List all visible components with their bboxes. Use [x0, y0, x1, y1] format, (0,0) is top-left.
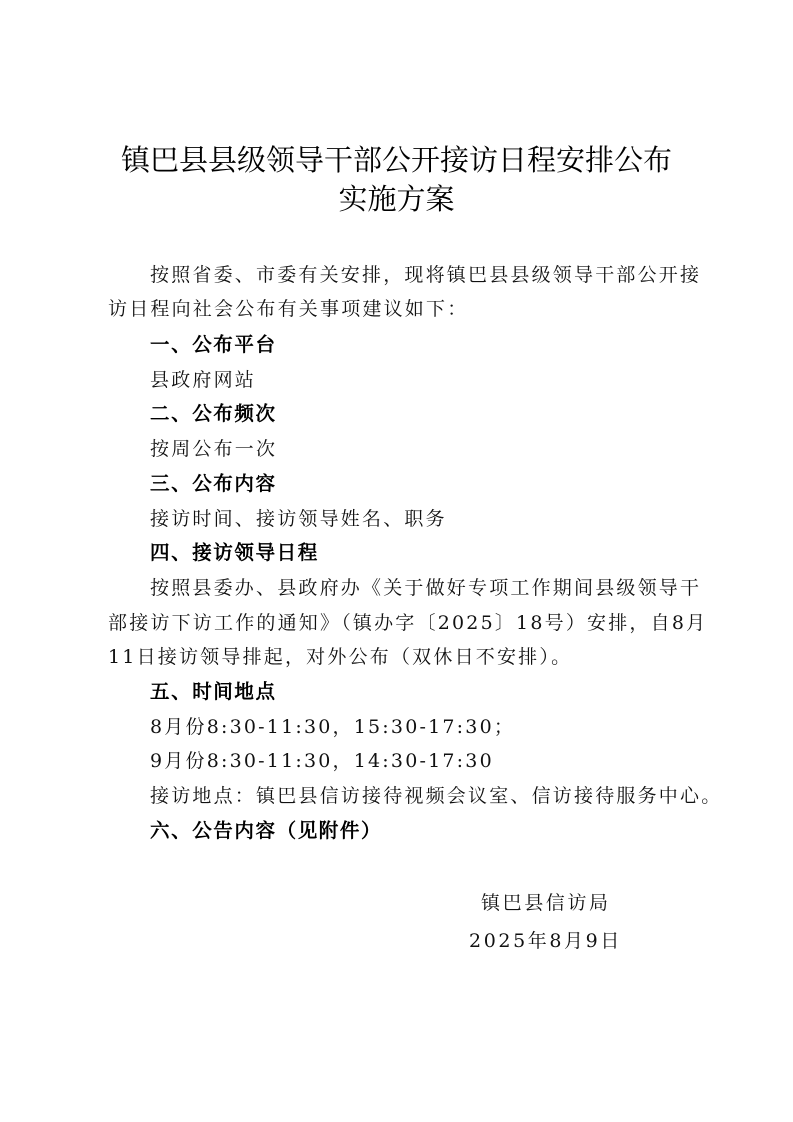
section-body-platform: 县政府网站	[150, 366, 256, 394]
signature-date: 2025年8月9日	[469, 927, 622, 955]
section-body-august-hours: 8月份8:30-11:30，15:30-17:30；	[150, 713, 515, 741]
section-heading-announcement: 六、公告内容（见附件）	[150, 817, 382, 845]
section-heading-frequency: 二、公布频次	[150, 400, 277, 428]
document-title-line-2: 实施方案	[0, 181, 793, 217]
section-body-frequency: 按周公布一次	[150, 435, 277, 463]
document-title-line-1: 镇巴县县级领导干部公开接访日程安排公布	[0, 142, 793, 178]
section-body-schedule-line-1: 按照县委办、县政府办《关于做好专项工作期间县级领导干	[150, 574, 701, 602]
section-heading-content: 三、公布内容	[150, 470, 277, 498]
section-body-content: 接访时间、接访领导姓名、职务	[150, 505, 447, 533]
intro-paragraph-line-2: 访日程向社会公布有关事项建议如下：	[108, 295, 468, 323]
intro-paragraph-line-1: 按照省委、市委有关安排，现将镇巴县县级领导干部公开接	[150, 261, 701, 289]
section-heading-platform: 一、公布平台	[150, 331, 277, 359]
section-heading-time-location: 五、时间地点	[150, 678, 277, 706]
section-heading-schedule: 四、接访领导日程	[150, 539, 319, 567]
section-body-schedule-line-2: 部接访下访工作的通知》（镇办字〔2025〕18号）安排，自8月	[108, 609, 707, 637]
section-body-september-hours: 9月份8:30-11:30，14:30-17:30	[150, 747, 494, 775]
section-body-schedule-line-3: 11日接访领导排起，对外公布（双休日不安排）。	[108, 643, 572, 671]
document-page: 镇巴县县级领导干部公开接访日程安排公布 实施方案 按照省委、市委有关安排，现将镇…	[0, 0, 793, 1122]
signature-organization: 镇巴县信访局	[481, 889, 611, 917]
section-body-location: 接访地点：镇巴县信访接待视频会议室、信访接待服务中心。	[150, 782, 722, 810]
